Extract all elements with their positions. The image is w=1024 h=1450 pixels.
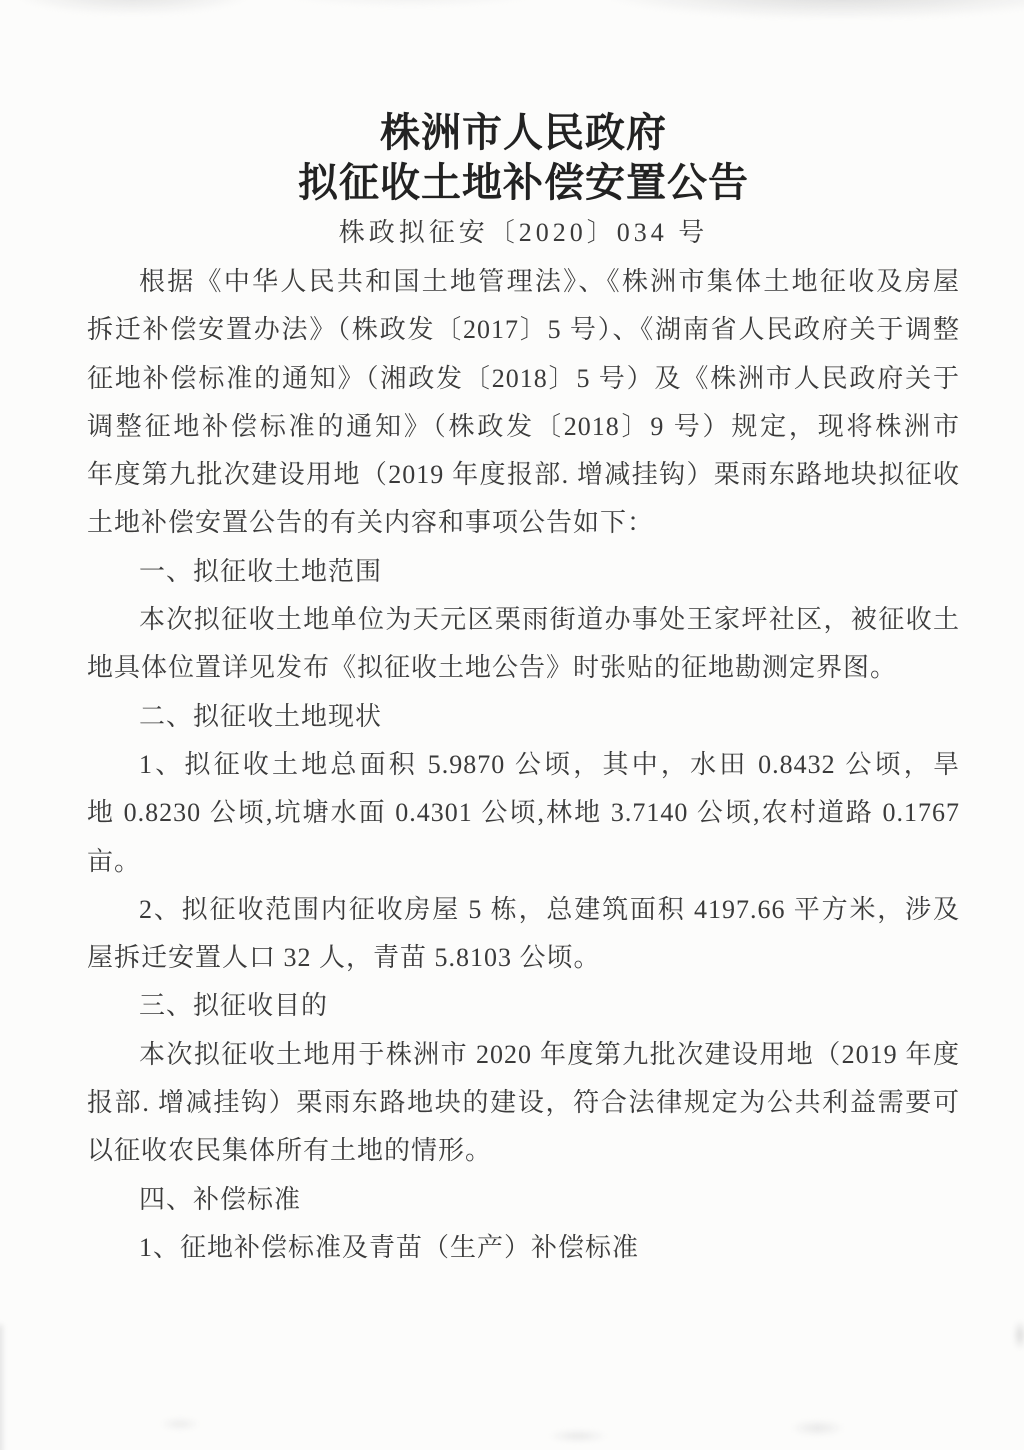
scan-artifact bbox=[280, 0, 540, 6]
document-content: 株洲市人民政府 拟征收土地补偿安置公告 株政拟征安〔2020〕034 号 根据《… bbox=[87, 108, 960, 1272]
body-line: 报部. 增减挂钩）栗雨东路地块的建设，符合法律规定为公共利益需要可 bbox=[87, 1079, 960, 1127]
document-page: 株洲市人民政府 拟征收土地补偿安置公告 株政拟征安〔2020〕034 号 根据《… bbox=[0, 0, 1024, 1450]
scan-artifact bbox=[548, 1430, 608, 1442]
body-line: 本次拟征收土地单位为天元区栗雨街道办事处王家坪社区，被征收土 bbox=[87, 596, 960, 644]
document-number: 株政拟征安〔2020〕034 号 bbox=[87, 213, 960, 253]
document-title-line1: 株洲市人民政府 bbox=[87, 108, 960, 158]
body-line: 调整征地补偿标准的通知》（株政发〔2018〕9 号）规定，现将株洲市 2020 bbox=[87, 403, 960, 451]
body-line: 拆迁补偿安置办法》（株政发〔2017〕5 号）、《湖南省人民政府关于调整 bbox=[87, 306, 960, 354]
body-line: 以征收农民集体所有土地的情形。 bbox=[87, 1127, 960, 1175]
body-line: 地具体位置详见发布《拟征收土地公告》时张贴的征地勘测定界图。 bbox=[87, 644, 960, 692]
scan-artifact bbox=[18, 0, 248, 14]
body-line: 本次拟征收土地用于株洲市 2020 年度第九批次建设用地（2019 年度 bbox=[87, 1031, 960, 1079]
body-line: 1、征地补偿标准及青苗（生产）补偿标准 bbox=[87, 1224, 960, 1272]
scan-artifact bbox=[0, 1325, 4, 1450]
body-line: 四、补偿标准 bbox=[87, 1176, 960, 1224]
scan-artifact bbox=[790, 1420, 845, 1436]
scan-artifact bbox=[160, 1418, 200, 1430]
body-line: 根据《中华人民共和国土地管理法》、《株洲市集体土地征收及房屋 bbox=[87, 258, 960, 306]
document-body: 根据《中华人民共和国土地管理法》、《株洲市集体土地征收及房屋拆迁补偿安置办法》（… bbox=[87, 258, 960, 1272]
body-line: 1、拟征收土地总面积 5.9870 公顷，其中，水田 0.8432 公顷，旱 bbox=[87, 741, 960, 789]
scan-artifact bbox=[610, 0, 1024, 18]
body-line: 一、拟征收土地范围 bbox=[87, 548, 960, 596]
body-line: 土地补偿安置公告的有关内容和事项公告如下： bbox=[87, 499, 960, 547]
body-line: 年度第九批次建设用地（2019 年度报部. 增减挂钩）栗雨东路地块拟征收 bbox=[87, 451, 960, 499]
body-line: 二、拟征收土地现状 bbox=[87, 693, 960, 741]
document-title-line2: 拟征收土地补偿安置公告 bbox=[87, 158, 960, 208]
scan-artifact bbox=[1014, 1320, 1024, 1350]
body-line: 征地补偿标准的通知》（湘政发〔2018〕5 号）及《株洲市人民政府关于 bbox=[87, 355, 960, 403]
body-line: 三、拟征收目的 bbox=[87, 982, 960, 1030]
body-line: 亩。 bbox=[87, 838, 960, 886]
body-line: 2、拟征收范围内征收房屋 5 栋，总建筑面积 4197.66 平方米，涉及房 bbox=[87, 886, 960, 934]
body-line: 地 0.8230 公顷,坑塘水面 0.4301 公顷,林地 3.7140 公顷,… bbox=[87, 789, 960, 837]
body-line: 屋拆迁安置人口 32 人，青苗 5.8103 公顷。 bbox=[87, 934, 960, 982]
